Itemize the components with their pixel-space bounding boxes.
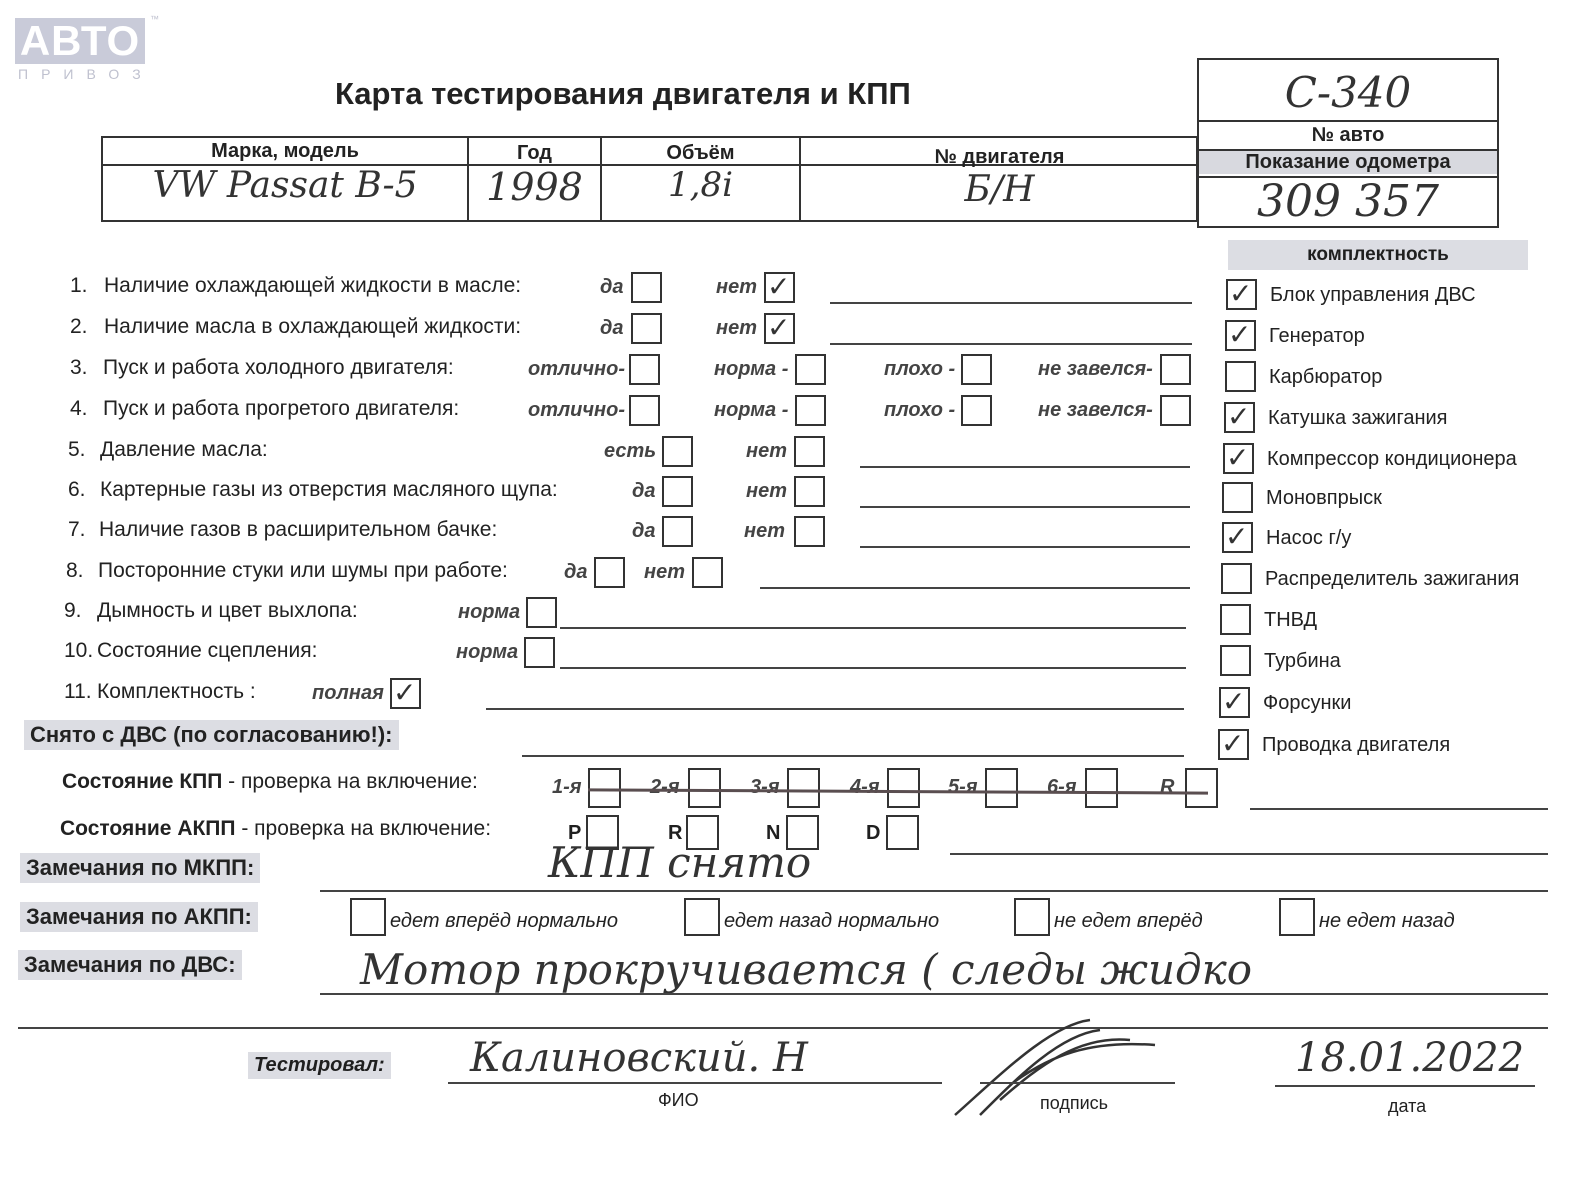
option-checkbox[interactable] xyxy=(662,476,693,507)
option-label: да xyxy=(632,480,656,503)
year-value[interactable]: 1998 xyxy=(469,165,600,209)
question-text: Посторонние стуки или шумы при работе: xyxy=(98,559,508,583)
note-line[interactable] xyxy=(760,587,1190,589)
question-number: 1. xyxy=(70,274,88,298)
option-checkbox[interactable] xyxy=(795,354,826,385)
auto-remark-label: не едет вперёд xyxy=(1054,910,1203,933)
manual-gearbox-line[interactable] xyxy=(1250,808,1548,810)
manual-gearbox-label-rest: - проверка на включение: xyxy=(222,770,478,793)
car-number-odometer-block: C-340 № авто Показание одометра 309 357 xyxy=(1197,58,1499,228)
vehicle-info-table: Марка, модель VW Passat B-5 Год 1998 Объ… xyxy=(101,136,1198,222)
option-checkbox[interactable] xyxy=(629,354,660,385)
signature-caption: подпись xyxy=(1040,1093,1108,1114)
logo-trademark: ™ xyxy=(150,14,159,24)
option-label: отлично- xyxy=(528,358,625,381)
question-text: Состояние сцепления: xyxy=(97,639,317,663)
option-label: нет xyxy=(644,561,685,584)
kit-item-label: Моновпрыск xyxy=(1266,487,1382,510)
car-number-label: № авто xyxy=(1199,124,1497,147)
question-number: 8. xyxy=(66,559,84,583)
make-model-value[interactable]: VW Passat B-5 xyxy=(103,165,467,206)
question-number: 11. xyxy=(64,680,92,704)
checkmark-icon: ✓ xyxy=(393,679,416,707)
position-label: D xyxy=(866,822,880,845)
option-checkbox[interactable] xyxy=(795,395,826,426)
car-number-value[interactable]: C-340 xyxy=(1199,68,1497,117)
kit-item-label: Блок управления ДВС xyxy=(1270,284,1476,307)
removed-label: Снято с ДВС (по согласованию!): xyxy=(24,720,399,750)
kit-item-label: ТНВД xyxy=(1264,609,1317,632)
question-text: Пуск и работа прогретого двигателя: xyxy=(103,397,459,421)
auto-gearbox-label-bold: Состояние АКПП xyxy=(60,817,236,840)
signature-line xyxy=(980,1082,1175,1084)
option-label: норма xyxy=(456,641,518,664)
question-number: 2. xyxy=(70,315,88,339)
option-checkbox[interactable] xyxy=(692,557,723,588)
remarks-engine-value[interactable]: Мотор прокручивается ( следы жидко xyxy=(360,945,1252,994)
odometer-label: Показание одометра xyxy=(1199,151,1497,174)
question-number: 3. xyxy=(70,356,88,380)
gear-label: 1-я xyxy=(552,776,582,799)
checkmark-icon: ✓ xyxy=(767,314,790,342)
volume-label: Объём xyxy=(602,142,799,165)
checkmark-icon: ✓ xyxy=(1228,321,1251,349)
option-checkbox[interactable] xyxy=(794,436,825,467)
remarks-manual-line xyxy=(320,890,1548,892)
auto-remark-label: едет назад нормально xyxy=(724,910,939,933)
gear-checkbox[interactable] xyxy=(887,768,920,808)
gear-checkbox[interactable] xyxy=(985,768,1018,808)
gear-label: 5-я xyxy=(948,776,978,799)
option-label: норма - xyxy=(714,399,788,422)
question-number: 9. xyxy=(64,599,82,623)
question-text: Наличие масла в охлаждающей жидкости: xyxy=(104,315,521,339)
auto-remark-checkbox[interactable] xyxy=(350,898,386,936)
kit-item-label: Проводка двигателя xyxy=(1262,734,1450,757)
remarks-auto-label: Замечания по АКПП: xyxy=(20,902,258,932)
manual-gearbox-label-bold: Состояние КПП xyxy=(62,770,222,793)
option-checkbox[interactable] xyxy=(961,395,992,426)
option-checkbox[interactable] xyxy=(594,557,625,588)
checkmark-icon: ✓ xyxy=(1221,730,1244,758)
option-label: плохо - xyxy=(884,358,955,381)
remarks-engine-line-2 xyxy=(18,1027,1548,1029)
option-checkbox[interactable] xyxy=(662,436,693,467)
name-line xyxy=(448,1082,942,1084)
note-line[interactable] xyxy=(830,343,1192,345)
kit-item-label: Форсунки xyxy=(1263,692,1351,715)
page-title: Карта тестирования двигателя и КПП xyxy=(335,76,911,112)
gear-label: 3-я xyxy=(750,776,780,799)
make-model-label: Марка, модель xyxy=(103,140,467,163)
option-checkbox[interactable] xyxy=(629,395,660,426)
auto-gearbox-label: Состояние АКПП - проверка на включение: xyxy=(60,817,491,841)
kit-item-label: Распределитель зажигания xyxy=(1265,568,1519,591)
checkmark-icon: ✓ xyxy=(1226,444,1249,472)
question-text: Комплектность : xyxy=(97,680,256,704)
auto-remark-label: едет вперёд нормально xyxy=(390,910,618,933)
engine-number-label: № двигателя xyxy=(801,146,1198,169)
position-checkbox[interactable] xyxy=(886,815,919,850)
kit-item-label: Карбюратор xyxy=(1269,366,1382,389)
question-number: 5. xyxy=(68,438,86,462)
kit-item-label: Катушка зажигания xyxy=(1268,407,1448,430)
auto-remark-checkbox[interactable] xyxy=(684,898,720,936)
note-line[interactable] xyxy=(560,627,1186,629)
checkmark-icon: ✓ xyxy=(1227,403,1250,431)
option-checkbox[interactable] xyxy=(961,354,992,385)
kit-checkbox[interactable] xyxy=(1220,604,1251,635)
auto-remark-checkbox[interactable] xyxy=(1014,898,1050,936)
option-checkbox[interactable] xyxy=(1160,354,1191,385)
option-checkbox[interactable] xyxy=(1160,395,1191,426)
gear-checkbox[interactable] xyxy=(787,768,820,808)
tester-name-value[interactable]: Калиновский. Н xyxy=(470,1035,808,1081)
gear-label: R xyxy=(1160,776,1174,799)
remarks-engine-label: Замечания по ДВС: xyxy=(18,950,242,980)
option-label: плохо - xyxy=(884,399,955,422)
option-label: нет xyxy=(744,520,785,543)
note-line[interactable] xyxy=(860,506,1190,508)
option-label: нет xyxy=(716,317,757,340)
kit-title: комплектность xyxy=(1228,240,1528,270)
kit-item-label: Насос г/у xyxy=(1266,527,1351,550)
question-text: Давление масла: xyxy=(100,438,268,462)
remarks-engine-line xyxy=(320,993,1548,995)
manual-gearbox-label: Состояние КПП - проверка на включение: xyxy=(62,770,478,794)
option-checkbox[interactable] xyxy=(794,516,825,547)
question-number: 7. xyxy=(68,518,86,542)
checkmark-icon: ✓ xyxy=(1225,523,1248,551)
option-checkbox[interactable] xyxy=(526,597,557,628)
kit-checkbox[interactable] xyxy=(1220,645,1251,676)
gear-label: 4-я xyxy=(850,776,880,799)
auto-remark-checkbox[interactable] xyxy=(1279,898,1315,936)
remarks-manual-value[interactable]: КПП снято xyxy=(548,838,811,887)
checkmark-icon: ✓ xyxy=(767,273,790,301)
kit-checkbox[interactable] xyxy=(1221,563,1252,594)
note-line[interactable] xyxy=(860,546,1190,548)
option-label: нет xyxy=(716,276,757,299)
option-label: не завелся- xyxy=(1038,358,1153,381)
gear-label: 2-я xyxy=(650,776,680,799)
kit-item-label: Турбина xyxy=(1264,650,1341,673)
question-number: 6. xyxy=(68,478,86,502)
odometer-value[interactable]: 309 357 xyxy=(1199,176,1497,227)
question-text: Картерные газы из отверстия масляного щу… xyxy=(100,478,558,502)
note-line[interactable] xyxy=(860,466,1190,468)
engine-number-value[interactable]: Б/Н xyxy=(801,169,1198,210)
auto-gearbox-label-rest: - проверка на включение: xyxy=(236,817,492,840)
option-checkbox[interactable] xyxy=(631,313,662,344)
option-label: норма xyxy=(458,601,520,624)
name-caption: ФИО xyxy=(658,1090,699,1111)
gear-checkbox[interactable] xyxy=(1185,768,1218,808)
volume-value[interactable]: 1,8i xyxy=(602,165,799,205)
date-value[interactable]: 18.01.2022 xyxy=(1295,1035,1524,1081)
option-label: отлично- xyxy=(528,399,625,422)
gear-label: 6-я xyxy=(1047,776,1077,799)
kit-item-label: Компрессор кондиционера xyxy=(1267,448,1517,471)
checkmark-icon: ✓ xyxy=(1222,688,1245,716)
option-label: есть xyxy=(604,440,656,463)
question-text: Дымность и цвет выхлопа: xyxy=(97,599,358,623)
gear-checkbox[interactable] xyxy=(1085,768,1118,808)
option-label: нет xyxy=(746,480,787,503)
tested-by-label: Тестировал: xyxy=(248,1052,391,1079)
option-checkbox[interactable] xyxy=(524,637,555,668)
removed-line[interactable] xyxy=(522,755,1184,757)
option-checkbox[interactable] xyxy=(662,516,693,547)
kit-checkbox[interactable] xyxy=(1222,482,1253,513)
question-text: Наличие охлаждающей жидкости в масле: xyxy=(104,274,521,298)
remarks-manual-label: Замечания по МКПП: xyxy=(20,853,260,883)
question-number: 4. xyxy=(70,397,88,421)
option-label: не завелся- xyxy=(1038,399,1153,422)
year-label: Год xyxy=(469,142,600,165)
auto-remark-label: не едет назад xyxy=(1319,910,1455,933)
option-label: полная xyxy=(312,682,384,705)
option-label: да xyxy=(632,520,656,543)
kit-checkbox[interactable] xyxy=(1225,361,1256,392)
option-checkbox[interactable] xyxy=(631,272,662,303)
kit-item-label: Генератор xyxy=(1269,325,1365,348)
option-label: да xyxy=(564,561,588,584)
option-label: нет xyxy=(746,440,787,463)
question-number: 10. xyxy=(64,639,93,663)
logo: АВТО xyxy=(15,18,145,64)
note-line[interactable] xyxy=(830,302,1192,304)
question-text: Пуск и работа холодного двигателя: xyxy=(103,356,454,380)
note-line[interactable] xyxy=(560,667,1186,669)
auto-gearbox-line[interactable] xyxy=(950,853,1548,855)
note-line[interactable] xyxy=(486,708,1184,710)
option-label: да xyxy=(600,317,624,340)
option-checkbox[interactable] xyxy=(794,476,825,507)
checkmark-icon: ✓ xyxy=(1229,280,1252,308)
logo-subtitle: ПРИВОЗ xyxy=(18,66,154,82)
date-line xyxy=(1275,1085,1535,1087)
date-caption: дата xyxy=(1388,1096,1426,1117)
option-label: норма - xyxy=(714,358,788,381)
question-text: Наличие газов в расширительном бачке: xyxy=(99,518,497,542)
option-label: да xyxy=(600,276,624,299)
